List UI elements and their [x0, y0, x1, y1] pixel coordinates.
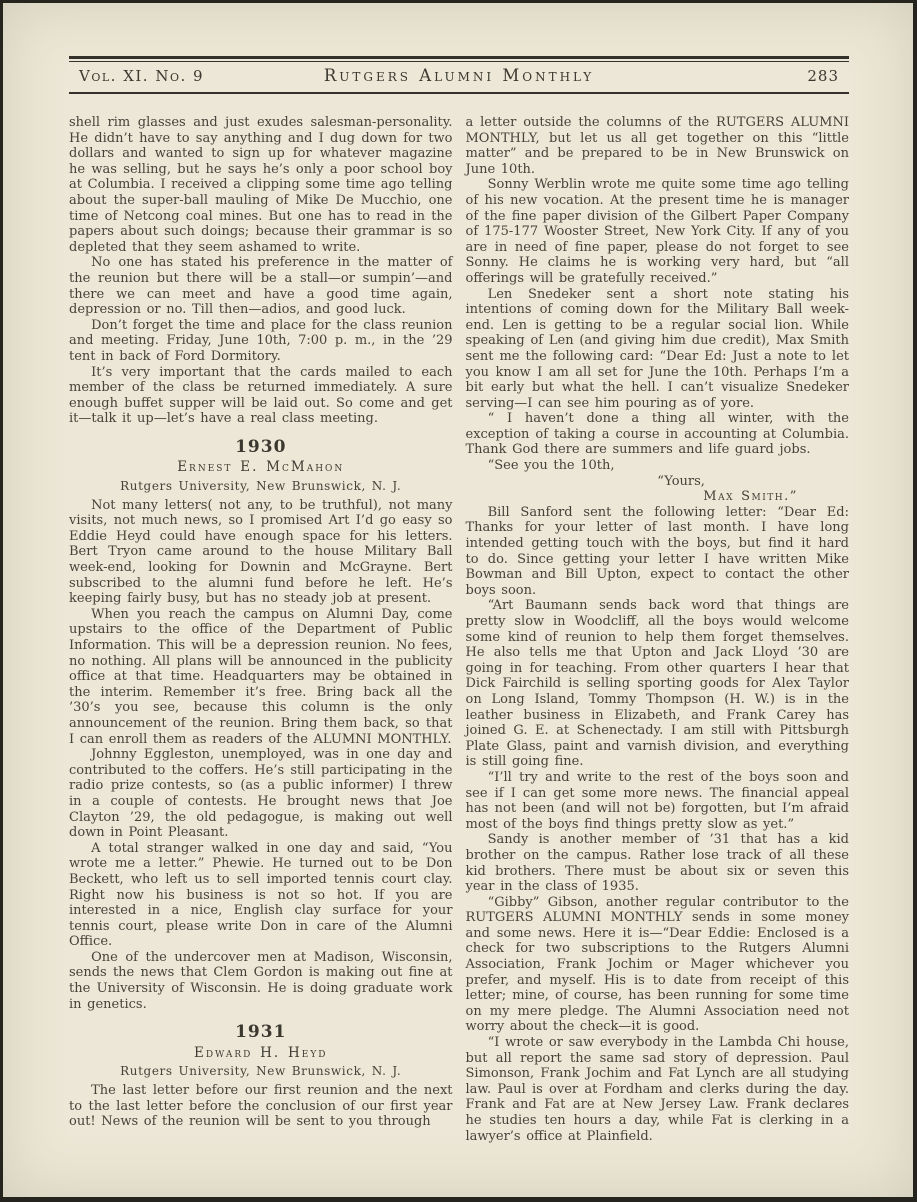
right-column: a letter outside the columns of the RUTG… [466, 115, 850, 1144]
page-content: Vol. XI. No. 9 Rutgers Alumni Monthly 28… [69, 3, 849, 1144]
paragraph: shell rim glasses and just exudes salesm… [69, 115, 453, 255]
paragraph: “I’ll try and write to the rest of the b… [466, 770, 850, 832]
paragraph: “See you the 10th, [466, 458, 850, 474]
paragraph: Don’t forget the time and place for the … [69, 318, 453, 365]
paragraph: The last letter before our first reunion… [69, 1083, 453, 1130]
two-column-body: shell rim glasses and just exudes salesm… [69, 115, 849, 1144]
paragraph: It’s very important that the cards maile… [69, 365, 453, 427]
paper-background: Vol. XI. No. 9 Rutgers Alumni Monthly 28… [3, 3, 913, 1197]
paragraph: Len Snedeker sent a short note stating h… [466, 287, 850, 412]
paragraph: Sandy is another member of ’31 that has … [466, 832, 850, 894]
section-year-heading: 1931 [69, 1025, 453, 1041]
paragraph: “Gibby” Gibson, another regular contribu… [466, 895, 850, 1035]
paragraph: “ I haven’t done a thing all winter, wit… [466, 411, 850, 458]
section-year-heading: 1930 [69, 440, 453, 456]
section-author-name: Ernest E. McMahon [69, 460, 453, 476]
publication-title: Rutgers Alumni Monthly [261, 66, 656, 85]
paragraph: a letter outside the columns of the RUTG… [466, 115, 850, 177]
section-affiliation: Rutgers University, New Brunswick, N. J. [69, 1064, 453, 1080]
left-column: shell rim glasses and just exudes salesm… [69, 115, 453, 1144]
paragraph: When you reach the campus on Alumni Day,… [69, 607, 453, 747]
paragraph: “Art Baumann sends back word that things… [466, 598, 850, 770]
signature-line: “Yours, [466, 474, 850, 490]
signature-name: Max Smith.” [466, 489, 850, 505]
section-affiliation: Rutgers University, New Brunswick, N. J. [69, 479, 453, 495]
paragraph: “I wrote or saw everybody in the Lambda … [466, 1035, 850, 1144]
paragraph: Johnny Eggleston, unemployed, was in one… [69, 747, 453, 841]
paragraph: A total stranger walked in one day and s… [69, 841, 453, 950]
page-number: 283 [657, 67, 839, 85]
paragraph: Sonny Werblin wrote me quite some time a… [466, 177, 850, 286]
paragraph: Not many letters( not any, to be truthfu… [69, 498, 453, 607]
paragraph: No one has stated his preference in the … [69, 255, 453, 317]
section-author-name: Edward H. Heyd [69, 1046, 453, 1062]
masthead-bottom-rule [69, 92, 849, 94]
scanned-magazine-page: Vol. XI. No. 9 Rutgers Alumni Monthly 28… [0, 0, 917, 1202]
paragraph: Bill Sanford sent the following letter: … [466, 505, 850, 599]
masthead: Vol. XI. No. 9 Rutgers Alumni Monthly 28… [69, 56, 849, 94]
paragraph: One of the undercover men at Madison, Wi… [69, 950, 453, 1012]
volume-issue-label: Vol. XI. No. 9 [79, 67, 261, 85]
masthead-row: Vol. XI. No. 9 Rutgers Alumni Monthly 28… [69, 62, 849, 92]
